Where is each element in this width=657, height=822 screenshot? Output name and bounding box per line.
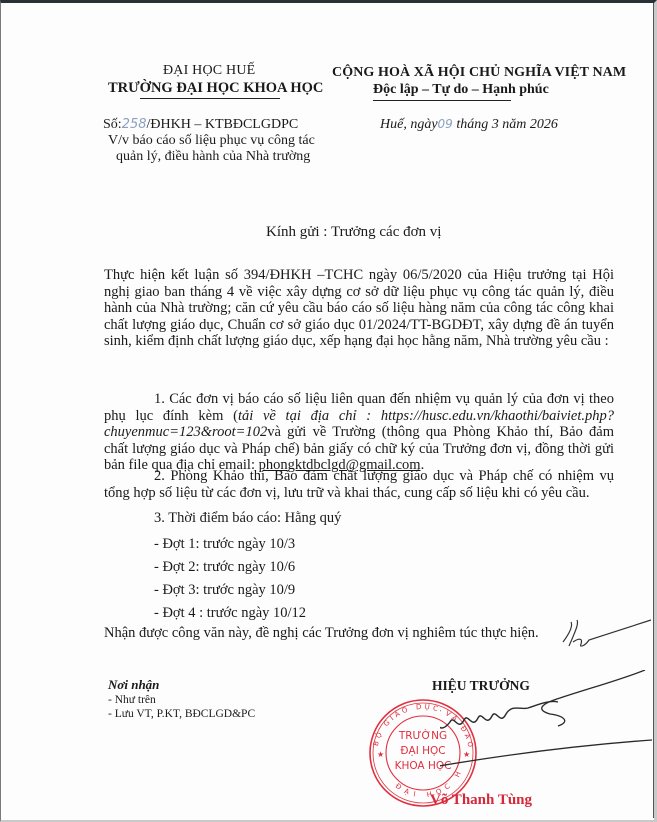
date-prefix: Huế, ngày <box>380 117 438 132</box>
signature-icon <box>440 670 655 790</box>
round-2: - Đợt 2: trước ngày 10/6 <box>154 559 295 576</box>
intro-paragraph: Thực hiện kết luận số 394/ĐHKH –TCHC ngà… <box>104 267 614 350</box>
date-suffix: tháng 3 năm 2026 <box>453 117 558 132</box>
item-1-paragraph: 1. Các đơn vị báo cáo số liệu liên quan … <box>104 391 614 474</box>
item-3: 3. Thời điểm báo cáo: Hằng quý <box>154 510 341 527</box>
motto-underline <box>373 100 511 101</box>
round-1: - Đợt 1: trước ngày 10/3 <box>154 536 295 553</box>
document-number: Số:258/ĐHKH – KTBĐCLGDPC <box>103 117 298 133</box>
parent-organization: ĐẠI HỌC HUẾ <box>163 63 255 79</box>
doc-number-suffix: /ĐHKH – KTBĐCLGDPC <box>147 117 299 132</box>
doc-number-prefix: Số: <box>103 117 122 132</box>
recipient-item: - Lưu VT, P.KT, BĐCLGD&PC <box>108 708 255 720</box>
place-date: Huế, ngày09 tháng 3 năm 2026 <box>380 117 558 133</box>
subject-line-1: V/v báo cáo số liệu phục vụ công tác <box>108 133 315 149</box>
item1-link-label: tải về tại địa chỉ : <box>238 408 381 424</box>
national-title: CỘNG HOÀ XÃ HỘI CHỦ NGHĨA VIỆT NAM <box>332 65 626 81</box>
recipients-title: Nơi nhận <box>108 677 159 693</box>
national-motto: Độc lập – Tự do – Hạnh phúc <box>373 82 549 98</box>
svg-text:★: ★ <box>377 750 384 759</box>
closing-sentence: Nhận được công văn này, đề nghị các Trưở… <box>104 625 539 642</box>
greeting: Kính gửi : Trưởng các đơn vị <box>266 224 441 241</box>
subject-line-2: quản lý, điều hành của Nhà trường <box>116 149 310 165</box>
signer-name: Võ Thanh Tùng <box>430 792 532 809</box>
organization-name: TRƯỜNG ĐẠI HỌC KHOA HỌC <box>108 80 323 97</box>
round-4: - Đợt 4 : trước ngày 10/12 <box>154 605 306 622</box>
recipient-item: - Như trên <box>108 694 156 706</box>
date-day-handwritten: 09 <box>438 117 453 131</box>
svg-text:ĐẠI HỌC: ĐẠI HỌC <box>400 745 445 757</box>
doc-number-handwritten: 258 <box>122 117 147 132</box>
org-underline <box>140 98 280 99</box>
item-2-paragraph: 2. Phòng Khảo thí, Bảo đảm chất lượng gi… <box>104 468 614 501</box>
initial-signature-icon <box>555 612 655 657</box>
round-3: - Đợt 3: trước ngày 10/9 <box>154 582 295 599</box>
